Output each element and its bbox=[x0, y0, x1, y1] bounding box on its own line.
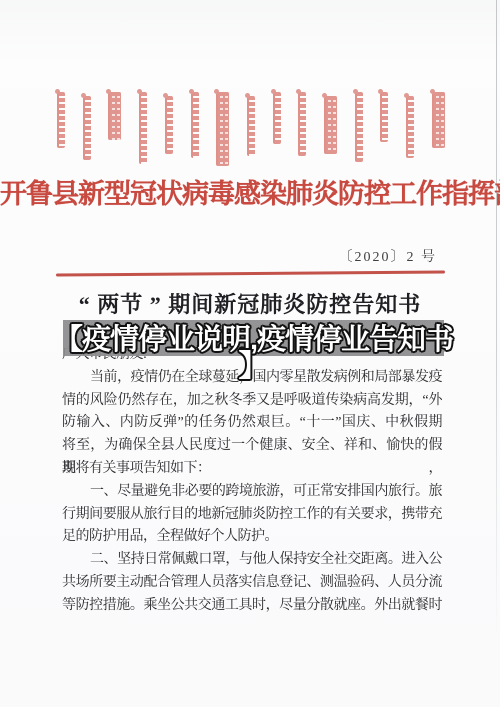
mongolian-script-cluster bbox=[83, 96, 91, 160]
letterhead-divider-rule bbox=[56, 270, 445, 276]
scan-shade bbox=[0, 0, 500, 60]
watermark-overlay-text: 【疫情停业说明,疫情停业告知书 bbox=[54, 326, 453, 355]
document-title: “ 两节 ” 期间新冠肺炎防控告知书 bbox=[0, 288, 500, 319]
watermark-overlay-band: 【疫情停业说明,疫情停业告知书 bbox=[63, 320, 444, 356]
scanned-document-page: 开鲁县新型冠状病毒感染肺炎防控工作指挥部文件 〔2020〕2 号 “ 两节 ” … bbox=[0, 0, 500, 707]
body-line: 当前，疫情仍在全球蔓延，国内零星散发病例和局部暴发疫 bbox=[62, 367, 442, 390]
body-line: 二、坚持日常佩戴口罩，与他人保持安全社交距离。进入公 bbox=[62, 549, 442, 572]
mongolian-script-cluster bbox=[216, 92, 229, 166]
mongolian-script-cluster bbox=[57, 92, 65, 148]
mongolian-script-cluster bbox=[432, 92, 445, 148]
mongolian-script-cluster bbox=[108, 92, 121, 140]
body-line: 共场所要主动配合管理人员落实信息登记、测温验码、人员分流 bbox=[62, 572, 442, 595]
body-line: 足的防护用品，全程做好个人防护。 bbox=[62, 526, 442, 549]
body-line: 一、尽量避免非必要的跨境旅游，可正常安排国内旅行。旅 bbox=[62, 481, 442, 504]
mongolian-script-cluster bbox=[139, 92, 147, 164]
document-number: 〔2020〕2 号 bbox=[339, 246, 438, 266]
body-line: 将至，为确保全县人民度过一个健康、安全、祥和、愉快的假期， bbox=[62, 435, 442, 458]
body-line: 等防控措施。乘坐公共交通工具时，尽量分散就座。外出就餐时 bbox=[62, 595, 442, 618]
document-body: 广大市民朋友: 当前，疫情仍在全球蔓延，国内零星散发病例和局部暴发疫 情的风险仍… bbox=[62, 344, 442, 618]
mongolian-script-cluster bbox=[191, 92, 199, 158]
agency-letterhead-title: 开鲁县新型冠状病毒感染肺炎防控工作指挥部文件 bbox=[0, 172, 500, 211]
body-line: 防输入、内防反弹”的任务仍然艰巨。“十一”国庆、中秋假期 bbox=[62, 412, 442, 435]
scan-edge-line bbox=[496, 0, 497, 640]
mongolian-script-cluster bbox=[324, 96, 337, 154]
mongolian-script-cluster bbox=[165, 96, 173, 154]
mongolian-script-cluster bbox=[247, 96, 255, 156]
mongolian-script-cluster bbox=[380, 92, 388, 142]
mongolian-script-cluster bbox=[298, 92, 306, 156]
mongolian-script-cluster bbox=[355, 92, 363, 162]
body-line: 行期间要服从旅行目的地新冠肺炎防控工作的有关要求，携带充 bbox=[62, 504, 442, 527]
mongolian-script-cluster bbox=[406, 96, 414, 158]
body-line: 情的风险仍然存在，加之秋冬季又是呼吸道传染病高发期，“外 bbox=[62, 390, 442, 413]
mongolian-script-row bbox=[57, 92, 445, 170]
mongolian-script-cluster bbox=[273, 92, 281, 144]
